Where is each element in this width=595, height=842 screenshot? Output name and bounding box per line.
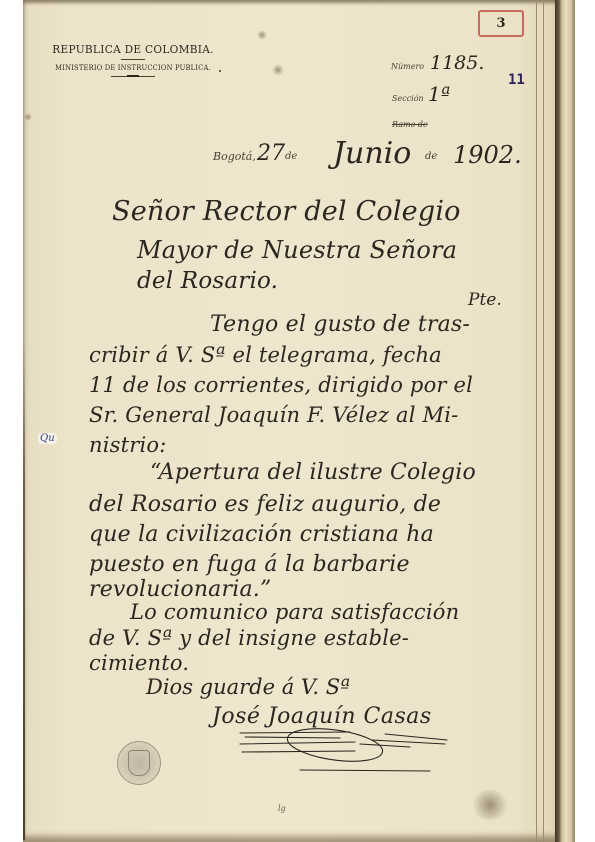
margin-ink-note: Qu xyxy=(38,433,57,444)
page-number: lg xyxy=(278,804,286,813)
document-scan: REPUBLICA DE COLOMBIA. MINISTERIO DE INS… xyxy=(0,0,595,842)
signature-flourish-icon xyxy=(0,0,595,842)
coat-of-arms-icon xyxy=(128,750,150,776)
ministry-seal xyxy=(117,741,161,785)
